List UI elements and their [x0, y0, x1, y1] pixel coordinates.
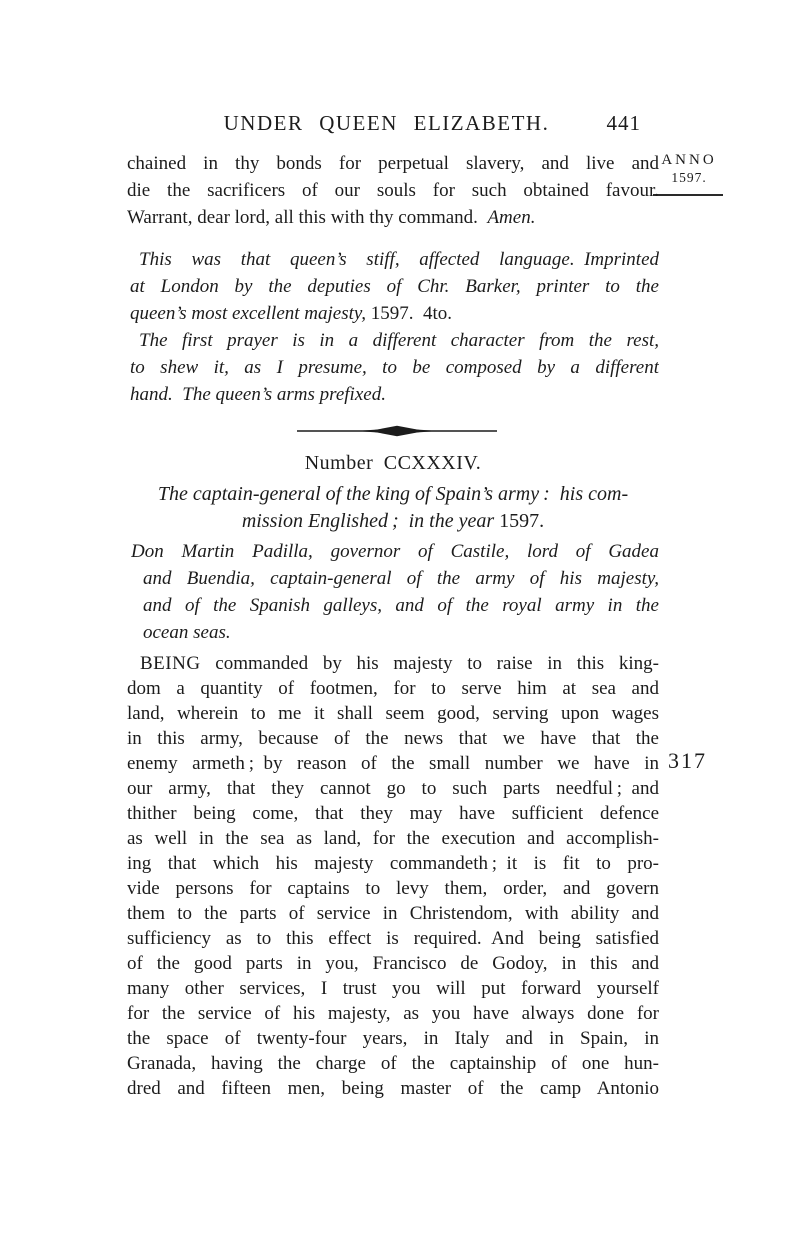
- text-line: the space of twenty-four years, in Italy…: [127, 1026, 659, 1051]
- text-segment: die the sacrificers of our souls for suc…: [127, 180, 659, 201]
- text-line: sufficiency as to this effect is require…: [127, 926, 659, 951]
- text-line: This was that queen’s stiff, affected la…: [130, 246, 659, 273]
- text-segment: hand. The queen’s arms prefixed.: [130, 384, 386, 405]
- text-line: die the sacrificers of our souls for suc…: [127, 177, 659, 204]
- text-segment: Warrant, dear lord, all this with thy co…: [127, 207, 487, 228]
- text-line: our army, that they cannot go to such pa…: [127, 776, 659, 801]
- text-segment: enemy armeth ; by reason of the small nu…: [127, 753, 659, 774]
- swelled-rule-ornament-icon: [297, 424, 497, 438]
- text-segment: ocean seas.: [143, 622, 231, 643]
- text-line: Granada, having the charge of the captai…: [127, 1051, 659, 1076]
- text-segment: 1597.: [499, 510, 544, 532]
- text-line: vide persons for captains to levy them, …: [127, 876, 659, 901]
- text-segment: many other services, I trust you will pu…: [127, 978, 659, 999]
- text-segment: ing that which his majesty commandeth ; …: [127, 853, 659, 874]
- text-segment: dred and fifteen men, being master of th…: [127, 1078, 659, 1099]
- text-segment: thither being come, that they may have s…: [127, 803, 659, 824]
- margin-note-anno-label: ANNO: [653, 152, 725, 169]
- text-segment: BEING: [140, 653, 201, 674]
- text-segment: at London by the deputies of Chr. Barker…: [130, 276, 659, 297]
- running-header: UNDER QUEEN ELIZABETH. 441: [127, 111, 659, 139]
- paragraph-colophon: This was that queen’s stiff, affected la…: [130, 246, 659, 327]
- text-segment: the space of twenty-four years, in Italy…: [127, 1028, 659, 1049]
- text-line: in this army, because of the news that w…: [127, 726, 659, 751]
- paragraph-body: BEING commanded by his majesty to raise …: [127, 651, 659, 1101]
- text-segment: for the service of his majesty, as you h…: [127, 1003, 659, 1024]
- margin-note-year: 1597.: [653, 170, 725, 186]
- text-segment: sufficiency as to this effect is require…: [127, 928, 659, 949]
- book-page: UNDER QUEEN ELIZABETH. 441 ANNO 1597. 31…: [0, 0, 800, 1237]
- text-line: many other services, I trust you will pu…: [127, 976, 659, 1001]
- text-line: queen’s most excellent majesty, 1597. 4t…: [130, 300, 659, 327]
- text-line: ocean seas.: [131, 619, 659, 646]
- section-title: The captain-general of the king of Spain…: [127, 481, 659, 535]
- text-line: mission Englished ; in the year 1597.: [127, 508, 659, 535]
- text-segment: in this army, because of the news that w…: [127, 728, 659, 749]
- text-segment: land, wherein to me it shall seem good, …: [127, 703, 659, 724]
- paragraph-salutation: Don Martin Padilla, governor of Castile,…: [131, 538, 659, 646]
- text-segment: Granada, having the charge of the captai…: [127, 1053, 659, 1074]
- text-segment: [414, 303, 424, 324]
- text-line: as well in the sea as land, for the exec…: [127, 826, 659, 851]
- text-segment: vide persons for captains to levy them, …: [127, 878, 659, 899]
- text-line: enemy armeth ; by reason of the small nu…: [127, 751, 659, 776]
- text-segment: mission Englished ; in the year: [242, 510, 499, 532]
- text-segment: Don Martin Padilla, governor of Castile,…: [131, 541, 659, 562]
- text-segment: 1597.: [371, 303, 414, 324]
- text-segment: our army, that they cannot go to such pa…: [127, 778, 659, 799]
- text-segment: as well in the sea as land, for the exec…: [127, 828, 659, 849]
- paragraph-remark: The first prayer is in a different chara…: [130, 327, 659, 408]
- margin-rule: [653, 194, 723, 196]
- folio-reference: 317: [668, 748, 707, 774]
- text-line: thither being come, that they may have s…: [127, 801, 659, 826]
- text-line: ing that which his majesty commandeth ; …: [127, 851, 659, 876]
- paragraph-prayer-end: chained in thy bonds for perpetual slave…: [127, 150, 659, 231]
- text-segment: The captain-general of the king of Spain…: [158, 483, 628, 505]
- text-segment: and of the Spanish galleys, and of the r…: [143, 595, 659, 616]
- text-segment: dom a quantity of footmen, for to serve …: [127, 678, 659, 699]
- text-line: to shew it, as I presume, to be composed…: [130, 354, 659, 381]
- section-divider: [297, 424, 497, 438]
- text-line: The first prayer is in a different chara…: [130, 327, 659, 354]
- text-line: dred and fifteen men, being master of th…: [127, 1076, 659, 1101]
- text-line: Don Martin Padilla, governor of Castile,…: [131, 538, 659, 565]
- text-segment: queen’s most excellent majesty,: [130, 303, 371, 324]
- page-number: 441: [607, 111, 642, 136]
- text-segment: This was that queen’s stiff, affected la…: [139, 249, 659, 270]
- section-number-heading: Number CCXXXIV.: [127, 452, 659, 475]
- text-segment: and Buendia, captain-general of the army…: [143, 568, 659, 589]
- text-segment: commanded by his majesty to raise in thi…: [201, 653, 659, 674]
- text-segment: to shew it, as I presume, to be composed…: [130, 357, 659, 378]
- text-segment: Amen.: [487, 207, 535, 228]
- text-segment: chained in thy bonds for perpetual slave…: [127, 153, 659, 174]
- text-segment: them to the parts of service in Christen…: [127, 903, 659, 924]
- text-segment: The first prayer is in a different chara…: [139, 330, 659, 351]
- text-line: land, wherein to me it shall seem good, …: [127, 701, 659, 726]
- text-line: at London by the deputies of Chr. Barker…: [130, 273, 659, 300]
- text-line: them to the parts of service in Christen…: [127, 901, 659, 926]
- text-line: BEING commanded by his majesty to raise …: [127, 651, 659, 676]
- margin-note-anno: ANNO 1597.: [653, 152, 725, 186]
- text-segment: 4to.: [423, 303, 452, 324]
- text-line: Warrant, dear lord, all this with thy co…: [127, 204, 659, 231]
- text-segment: of the good parts in you, Francisco de G…: [127, 953, 659, 974]
- text-line: of the good parts in you, Francisco de G…: [127, 951, 659, 976]
- text-line: dom a quantity of footmen, for to serve …: [127, 676, 659, 701]
- text-line: and Buendia, captain-general of the army…: [131, 565, 659, 592]
- running-title: UNDER QUEEN ELIZABETH.: [224, 111, 550, 136]
- text-line: The captain-general of the king of Spain…: [127, 481, 659, 508]
- text-line: chained in thy bonds for perpetual slave…: [127, 150, 659, 177]
- text-line: and of the Spanish galleys, and of the r…: [131, 592, 659, 619]
- text-line: for the service of his majesty, as you h…: [127, 1001, 659, 1026]
- text-line: hand. The queen’s arms prefixed.: [130, 381, 659, 408]
